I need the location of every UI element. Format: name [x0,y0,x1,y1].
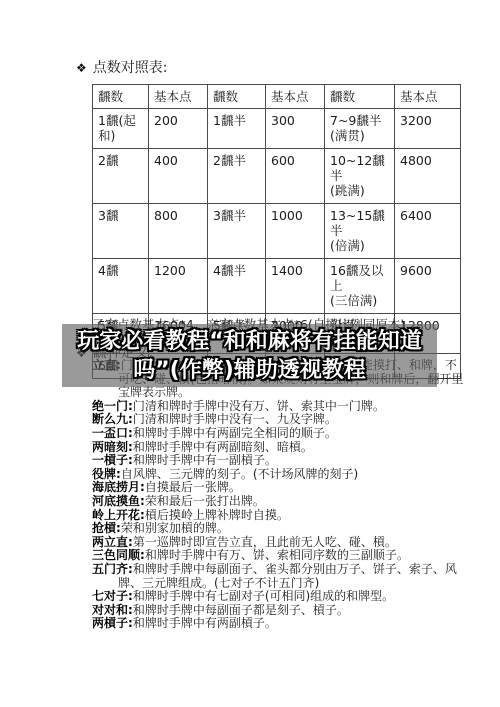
definition-term: 三色同顺: [92,548,145,562]
table-cell: 400 [149,149,208,204]
definition-term: 两暗刻: [92,440,133,454]
table-cell: 4飜 [93,259,149,314]
table-cell: 4800 [395,149,461,204]
definition-desc: 门清和牌时手牌中没有万、饼、索其中一门牌。 [133,399,385,413]
definition-term: 河底摸鱼: [92,494,145,508]
definition-desc: 和牌时手牌中有两副暗刻、暗槓。 [133,440,313,454]
table-header-cell: 飜数 [93,85,149,109]
definition-term: 岭上开花: [92,508,145,522]
definition-desc: 和牌时手牌中每副面子都是刻子、槓子。 [133,603,349,617]
definition-desc: 荣和别家加槓的牌。 [121,521,229,535]
table-header-cell: 基本点 [149,85,208,109]
definition-term: 七对子: [92,589,133,603]
table-cell: 16飜及以上 (三倍满) [325,259,395,314]
definition-term: 绝一门: [92,399,133,413]
table-cell: 3飜 [93,204,149,259]
definition-item: 一盃口:和牌时手牌中有两副完全相同的顺子。 [92,427,464,441]
table-header-row: 飜数 基本点 飜数 基本点 飜数 基本点 [93,85,461,109]
table-cell: 10~12飜半 (跳满) [325,149,395,204]
diamond-bullet-icon: ❖ [76,60,87,76]
points-table: 飜数 基本点 飜数 基本点 飜数 基本点 1飜(起和) 200 1飜半 300 … [92,84,461,379]
definition-term: 一盃口: [92,426,133,440]
table-cell: 200 [149,109,208,149]
definition-term: 立直: [92,358,121,372]
section-points-heading: ❖ 点数对照表: [76,60,167,76]
definition-desc: 和牌时手牌中有一副槓子。 [133,453,277,467]
definition-desc: 门清和牌时手牌中没有一、九及字牌。 [133,412,337,426]
table-cell: 1200 [149,259,208,314]
definition-desc: 和牌时手牌中每副面子、雀头都分别由万子、饼子、索子、风牌、三元牌组成。(七对子不… [118,562,457,590]
table-cell: 1000 [266,204,325,259]
document-page: ❖ 点数对照表: 飜数 基本点 飜数 基本点 飜数 基本点 1飜(起和) 200… [0,0,500,707]
definition-item: 三色同顺:和牌时手牌中有万、饼、索相同序数的三副顺子。 [92,549,464,563]
definition-item: 两槓子:和牌时手牌中有两副槓子。 [92,617,464,631]
definition-item: 立直:门清听牌时报立直并出一千点场供，立直后只能摸打、和牌，不可吃、碰、槓(包括… [92,359,464,400]
definition-term: 两立直: [92,535,133,549]
definition-desc: 和牌时手牌中有两副槓子。 [133,616,277,630]
table-cell: 1400 [266,259,325,314]
definition-term: 抢槓: [92,521,121,535]
definition-desc: 荣和最后一张打出牌。 [145,494,265,508]
table-header-cell: 飜数 [208,85,266,109]
definition-term: 断么九: [92,412,133,426]
definition-term: 对对和: [92,603,133,617]
table-header-cell: 基本点 [266,85,325,109]
definition-term: 一槓子: [92,453,133,467]
table-note: 子家点数基本点*4、亲家点数基本点*6(自摸比例同原本) [92,318,472,332]
definition-desc: 和牌时手牌中有两副完全相同的顺子。 [133,426,337,440]
definition-desc: 和牌时手牌中有七副对子(可相同)组成的和牌型。 [133,589,394,603]
definition-desc: 自摸最后一张牌。 [145,480,241,494]
table-cell: 1飜(起和) [93,109,149,149]
table-row: 2飜 400 2飜半 600 10~12飜半 (跳满) 4800 [93,149,461,204]
definition-desc: 和牌时手牌中有万、饼、索相同序数的三副顺子。 [145,548,409,562]
definition-item: 断么九:门清和牌时手牌中没有一、九及字牌。 [92,413,464,427]
table-cell: 3200 [395,109,461,149]
table-row: 4飜 1200 4飜半 1400 16飜及以上 (三倍满) 9600 [93,259,461,314]
definition-desc: 门清听牌时报立直并出一千点场供，立直后只能摸打、和牌，不可吃、碰、槓(包括暗槓)… [118,358,463,399]
table-cell: 300 [266,109,325,149]
definition-desc: 自风牌、三元牌的刻子。(不计场风牌的刻子) [121,467,358,481]
table-row: 3飜 800 3飜半 1000 13~15飜半 (倍满) 6400 [93,204,461,259]
table-cell: 1飜半 [208,109,266,149]
definition-term: 海底捞月: [92,480,145,494]
table-cell: 3飜半 [208,204,266,259]
table-cell: 6400 [395,204,461,259]
section-points-title: 点数对照表: [93,60,168,76]
definition-item: 一槓子:和牌时手牌中有一副槓子。 [92,454,464,468]
table-header-cell: 基本点 [395,85,461,109]
table-header-cell: 飜数 [325,85,395,109]
table-cell: 13~15飜半 (倍满) [325,204,395,259]
table-cell: 9600 [395,259,461,314]
definition-item: 河底摸鱼:荣和最后一张打出牌。 [92,495,464,509]
definition-term: 五门齐: [92,562,133,576]
table-cell: 800 [149,204,208,259]
table-cell: 2飜 [93,149,149,204]
diamond-bullet-icon: ❖ [76,345,87,361]
table-row: 1飜(起和) 200 1飜半 300 7~9飜半 (满贯) 3200 [93,109,461,149]
definition-desc: 槓后摸岭上牌补牌时自摸。 [145,508,289,522]
table-cell: 4飜半 [208,259,266,314]
definition-item: 海底捞月:自摸最后一张牌。 [92,481,464,495]
definition-item: 抢槓:荣和别家加槓的牌。 [92,522,464,536]
definition-term: 役牌: [92,467,121,481]
table-cell: 600 [266,149,325,204]
definition-term: 两槓子: [92,616,133,630]
table-cell: 7~9飜半 (满贯) [325,109,395,149]
definition-item: 五门齐:和牌时手牌中每副面子、雀头都分别由万子、饼子、索子、风牌、三元牌组成。(… [92,563,464,590]
definition-desc: 第一巡牌时即宣告立直，且此前无人吃、碰、槓。 [133,535,397,549]
definitions-list: 立直:门清听牌时报立直并出一千点场供，立直后只能摸打、和牌，不可吃、碰、槓(包括… [92,359,464,631]
table-cell: 2飜半 [208,149,266,204]
definition-item: 七对子:和牌时手牌中有七副对子(可相同)组成的和牌型。 [92,590,464,604]
